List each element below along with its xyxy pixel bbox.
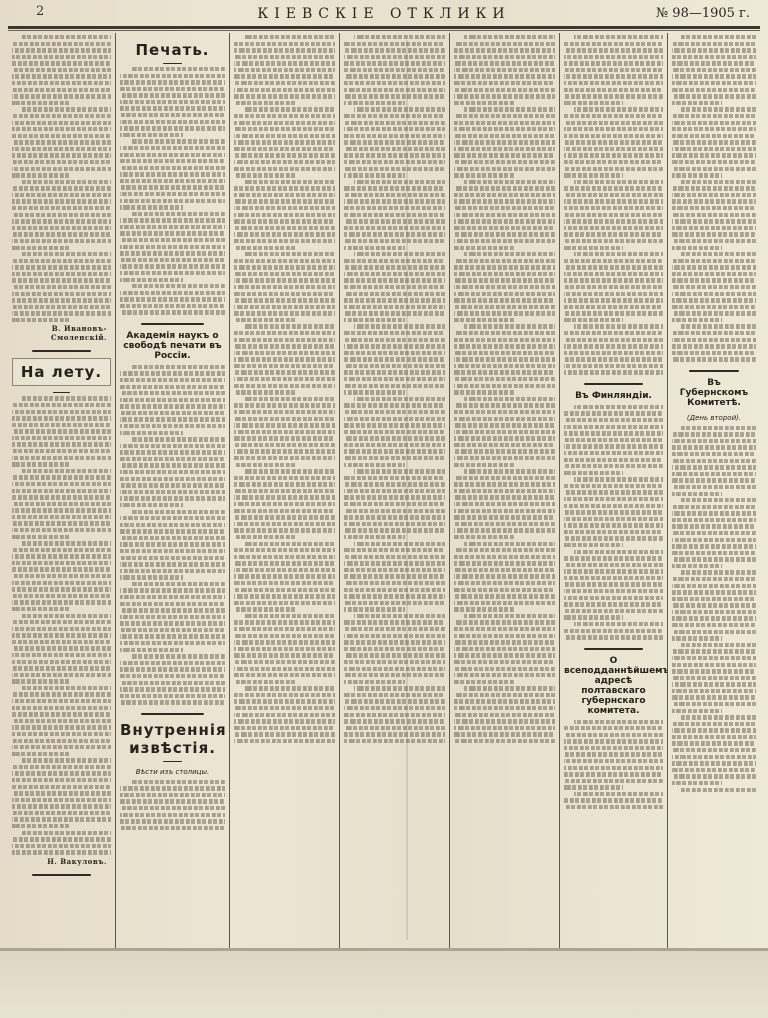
- article-text: [672, 35, 756, 362]
- section-separator: [32, 350, 91, 352]
- article-text: [672, 426, 756, 792]
- section-heading: Академія наукъ о свободѣ печати въ Россі…: [120, 331, 225, 361]
- article-text: [564, 35, 663, 375]
- section-separator: [584, 648, 643, 650]
- newspaper-page: 2 КІЕВСКІЕ ОТКЛИКИ № 98—1905 г. В. Ивано…: [0, 0, 768, 1018]
- heading-rule: [53, 392, 71, 393]
- column-7: Въ Губернскомъ Комитетѣ.(День второй).: [668, 33, 760, 948]
- issue-number: № 98—1905 г.: [656, 6, 750, 21]
- column-2: Печать.Академія наукъ о свободѣ печати в…: [116, 33, 230, 948]
- heading-rule: [163, 761, 182, 762]
- article-text: [12, 396, 111, 854]
- author-signature: Н. Вакуловъ.: [12, 857, 107, 866]
- article-text: [344, 35, 445, 743]
- article-text: [120, 67, 225, 315]
- column-5: [450, 33, 560, 948]
- page-tear: [0, 948, 768, 951]
- masthead-rule-thin: [8, 30, 760, 31]
- article-text: [120, 780, 225, 830]
- section-heading: Въ Финляндіи.: [564, 391, 663, 401]
- column-3: [230, 33, 340, 948]
- masthead: 2 КІЕВСКІЕ ОТКЛИКИ № 98—1905 г.: [0, 0, 768, 30]
- section-separator: [141, 713, 204, 715]
- page-bottom-margin: [0, 948, 768, 1018]
- section-heading: (День второй).: [672, 414, 756, 422]
- article-text: [12, 35, 111, 322]
- section-separator: [32, 874, 91, 876]
- section-heading: Внутреннія извѣстія.: [120, 721, 225, 757]
- column-1: В. Ивановъ-Смоленскій.На лету.Н. Вакулов…: [8, 33, 116, 948]
- author-signature: В. Ивановъ-Смоленскій.: [12, 324, 107, 342]
- paper-fold: [406, 40, 408, 940]
- column-6: Въ Финляндіи.О всеподданнѣйшемъ адресѣ п…: [560, 33, 668, 948]
- section-separator: [584, 383, 643, 385]
- heading-rule: [163, 63, 182, 64]
- section-heading: На лету.: [12, 358, 111, 386]
- section-separator: [141, 323, 204, 325]
- section-heading: Въ Губернскомъ Комитетѣ.: [672, 378, 756, 408]
- article-text: [564, 720, 663, 810]
- article-text: [564, 405, 663, 640]
- section-heading: О всеподданнѣйшемъ адресѣ полтавскаго гу…: [564, 656, 663, 716]
- section-separator: [689, 370, 739, 372]
- article-text: [454, 35, 555, 743]
- text-columns: В. Ивановъ-Смоленскій.На лету.Н. Вакулов…: [8, 33, 760, 948]
- newspaper-title: КІЕВСКІЕ ОТКЛИКИ: [0, 6, 768, 22]
- section-heading: Вѣсти изъ столицы.: [120, 768, 225, 776]
- section-heading: Печать.: [120, 41, 225, 59]
- article-text: [234, 35, 335, 743]
- column-4: [340, 33, 450, 948]
- masthead-rule: [8, 26, 760, 29]
- article-text: [120, 365, 225, 705]
